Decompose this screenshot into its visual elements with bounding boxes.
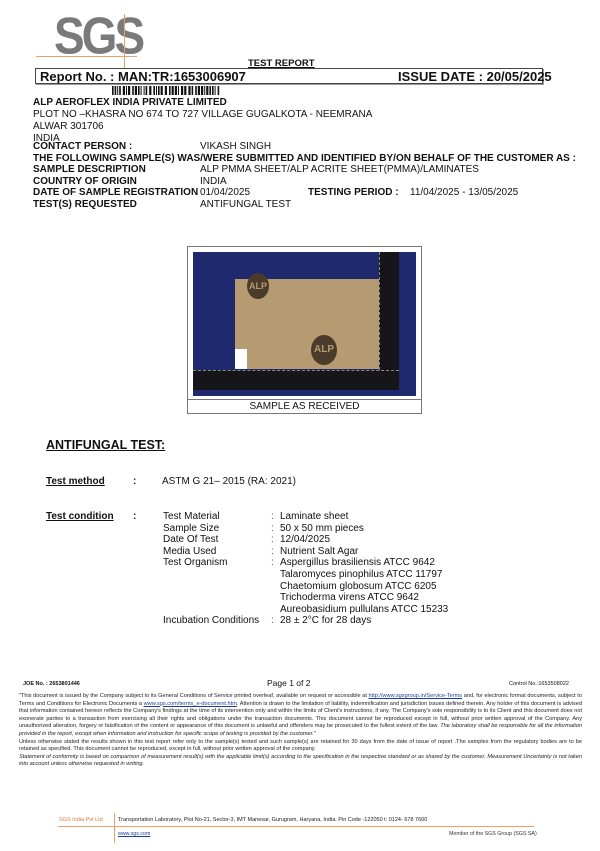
- condition-value: 28 ± 2°C for 28 days: [280, 615, 448, 627]
- test-method-value: ASTM G 21– 2015 (RA: 2021): [162, 476, 296, 487]
- condition-colon: :: [271, 546, 274, 558]
- registration-row: DATE OF SAMPLE REGISTRATION 01/04/2025 T…: [33, 187, 593, 199]
- condition-value: 50 x 50 mm pieces: [280, 523, 448, 535]
- condition-value: 12/04/2025: [280, 534, 448, 546]
- contact-value: VIKASH SINGH: [200, 141, 271, 153]
- test-condition-colon: :: [133, 511, 136, 522]
- conformity-statement: Statement of conformity is based on comp…: [19, 754, 582, 768]
- testing-period-label: TESTING PERIOD :: [308, 187, 399, 199]
- origin-label: COUNTRY OF ORIGIN: [33, 176, 137, 188]
- condition-value: Chaetomium globosum ATCC 6205: [280, 581, 448, 593]
- sgs-logo: SGS: [36, 6, 141, 64]
- condition-row: Chaetomium globosum ATCC 6205: [163, 581, 448, 593]
- disclaimer-paragraph-2: Unless otherwise stated the results show…: [19, 739, 582, 754]
- test-method-colon: :: [133, 476, 136, 487]
- condition-colon: :: [271, 557, 274, 569]
- footer-company: SGS India Pvt Ltd: [59, 817, 103, 823]
- submission-statement: THE FOLLOWING SAMPLE(S) WAS/WERE SUBMITT…: [33, 153, 576, 164]
- section-title: ANTIFUNGAL TEST:: [46, 438, 165, 452]
- test-condition-table: Test Material:Laminate sheetSample Size:…: [163, 511, 448, 627]
- condition-key: Incubation Conditions: [163, 615, 259, 627]
- footer-member: Member of the SGS Group (SGS SA): [449, 831, 537, 837]
- tests-requested-label: TEST(S) REQUESTED: [33, 199, 137, 211]
- testing-period-value: 11/04/2025 - 13/05/2025: [410, 187, 518, 199]
- condition-value: Aureobasidium pullulans ATCC 15233: [280, 604, 448, 616]
- barcode-icon: [112, 86, 220, 95]
- logo-horizontal-line: [36, 56, 137, 57]
- page-number: Page 1 of 2: [267, 678, 310, 688]
- disclaimer-paragraph-1: "This document is issued by the Company …: [19, 693, 582, 739]
- disclaimer-paragraph-3: Statement of conformity is based on comp…: [19, 754, 582, 769]
- condition-row: Talaromyces pinophilus ATCC 11797: [163, 569, 448, 581]
- registration-date-label: DATE OF SAMPLE REGISTRATION: [33, 187, 198, 199]
- control-number: Control No.:1653508022: [509, 681, 569, 687]
- client-address-line2: ALWAR 301706: [33, 121, 372, 133]
- condition-row: Sample Size:50 x 50 mm pieces: [163, 523, 448, 535]
- disclaimer: "This document is issued by the Company …: [19, 693, 582, 769]
- report-number: Report No. : MAN:TR:1653006907: [40, 69, 246, 84]
- joe-number: JOE No. : 2653801446: [23, 681, 80, 687]
- condition-colon: :: [271, 523, 274, 535]
- tests-requested-row: TEST(S) REQUESTED ANTIFUNGAL TEST: [33, 199, 593, 211]
- client-address-line1: PLOT NO –KHASRA NO 674 TO 727 VILLAGE GU…: [33, 109, 372, 121]
- condition-value: Nutrient Salt Agar: [280, 546, 448, 558]
- test-method-label: Test method: [46, 476, 105, 487]
- sample-tag: [235, 349, 247, 369]
- e-document-terms-link[interactable]: www.sgs.com/terms_e-document.htm: [144, 701, 237, 707]
- condition-key: Test Organism: [163, 557, 227, 569]
- condition-value: Trichoderma virens ATCC 9642: [280, 592, 448, 604]
- statement-row: THE FOLLOWING SAMPLE(S) WAS/WERE SUBMITT…: [33, 153, 593, 165]
- condition-row: Media Used:Nutrient Salt Agar: [163, 546, 448, 558]
- sgs-logo-text: SGS: [54, 10, 142, 62]
- issue-date: ISSUE DATE : 20/05/2025: [398, 69, 552, 84]
- condition-row: Test Material:Laminate sheet: [163, 511, 448, 523]
- alp-logo-icon: ALP: [247, 273, 269, 299]
- condition-colon: :: [271, 511, 274, 523]
- condition-key: Test Material: [163, 511, 220, 523]
- footer-address: Transportation Laboratory, Plot No-21, S…: [118, 817, 427, 823]
- contact-row: CONTACT PERSON : VIKASH SINGH: [33, 141, 593, 153]
- sample-description-row: SAMPLE DESCRIPTION ALP PMMA SHEET/ALP AC…: [33, 164, 593, 176]
- origin-row: COUNTRY OF ORIGIN INDIA: [33, 176, 593, 188]
- condition-row: Aureobasidium pullulans ATCC 15233: [163, 604, 448, 616]
- condition-colon: :: [271, 615, 274, 627]
- disclaimer-text: "This document is issued by the Company …: [19, 693, 369, 699]
- condition-value: Laminate sheet: [280, 511, 448, 523]
- photo-caption: SAMPLE AS RECEIVED: [188, 399, 421, 413]
- origin-value: INDIA: [200, 176, 227, 188]
- footer-vertical-divider: [114, 813, 115, 843]
- condition-row: Test Organism:Aspergillus brasiliensis A…: [163, 557, 448, 569]
- test-condition-label: Test condition: [46, 511, 114, 522]
- condition-row: Date Of Test:12/04/2025: [163, 534, 448, 546]
- condition-value: Aspergillus brasiliensis ATCC 9642: [280, 557, 448, 569]
- tests-requested-value: ANTIFUNGAL TEST: [200, 199, 291, 211]
- condition-key: Sample Size: [163, 523, 219, 535]
- client-name: ALP AEROFLEX INDIA PRIVATE LIMITED: [33, 97, 372, 109]
- condition-row: Incubation Conditions:28 ± 2°C for 28 da…: [163, 615, 448, 627]
- sample-photo: ALP ALP: [193, 252, 416, 396]
- condition-value: Talaromyces pinophilus ATCC 11797: [280, 569, 448, 581]
- acrylic-sheet-image: ALP ALP: [235, 279, 387, 369]
- registration-date-value: 01/04/2025: [200, 187, 250, 199]
- contact-label: CONTACT PERSON :: [33, 141, 132, 153]
- service-terms-link[interactable]: http://www.sgsgroup.in/Service-Terms: [369, 693, 463, 699]
- sample-description-value: ALP PMMA SHEET/ALP ACRITE SHEET(PMMA)/LA…: [200, 164, 479, 176]
- condition-colon: :: [271, 534, 274, 546]
- client-block: ALP AEROFLEX INDIA PRIVATE LIMITED PLOT …: [33, 97, 372, 145]
- sample-photo-frame: ALP ALP SAMPLE AS RECEIVED: [187, 246, 422, 414]
- logo-vertical-line: [124, 14, 125, 68]
- sample-info: CONTACT PERSON : VIKASH SINGH THE FOLLOW…: [33, 141, 593, 210]
- ruler-horizontal: [193, 370, 399, 390]
- alp-logo-icon: ALP: [311, 335, 337, 365]
- footer-horizontal-divider: [58, 826, 534, 827]
- footer-website-link[interactable]: www.sgs.com: [118, 831, 150, 837]
- condition-key: Date Of Test: [163, 534, 218, 546]
- condition-row: Trichoderma virens ATCC 9642: [163, 592, 448, 604]
- condition-key: Media Used: [163, 546, 216, 558]
- sample-description-label: SAMPLE DESCRIPTION: [33, 164, 146, 176]
